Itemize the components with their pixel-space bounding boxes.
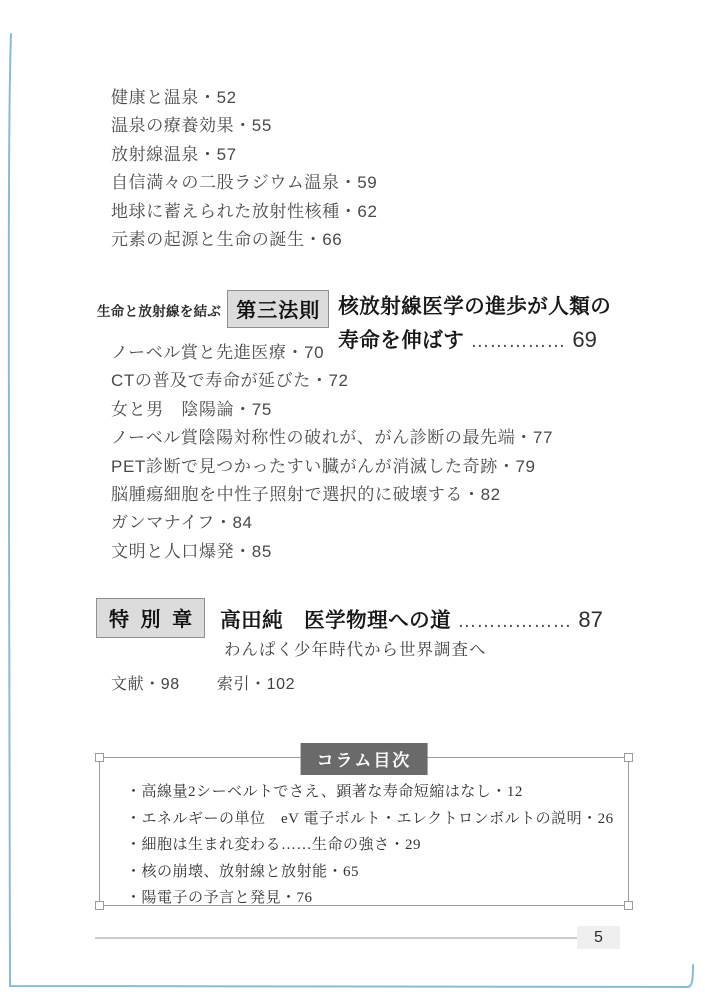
toc-item: ノーベル賞と先進医療・70: [111, 339, 553, 367]
frame-corner-icon: [624, 901, 633, 910]
toc-item: 健康と温泉・52: [111, 84, 378, 112]
column-item: ・エネルギーの単位 eV 電子ボルト・エレクトロンボルトの説明・26: [126, 806, 618, 833]
toc-item: 元素の起源と生命の誕生・66: [111, 226, 378, 254]
chapter3-title-line1: 核放射線医学の進歩が人類の: [338, 290, 611, 323]
toc-item: 女と男 陰陽論・75: [111, 396, 553, 424]
special-chapter-title: 高田純 医学物理への道 ………………87: [220, 603, 603, 633]
bibliography-entry: 文献・98: [111, 676, 180, 693]
column-index-list: ・高線量2シーベルトでさえ、顕著な寿命短縮はなし・12 ・エネルギーの単位 eV…: [100, 758, 628, 912]
index-entry: 索引・102: [217, 676, 295, 693]
chapter3-lead-text: 生命と放射線を結ぶ: [97, 290, 221, 320]
book-toc-page: 健康と温泉・52 温泉の療養効果・55 放射線温泉・57 自信満々の二股ラジウム…: [0, 0, 705, 1000]
toc-item: 文明と人口爆発・85: [111, 538, 553, 566]
dot-leader: ………………: [457, 611, 571, 632]
toc-item: 地球に蓄えられた放射性核種・62: [111, 198, 378, 226]
toc-item: 脳腫瘍細胞を中性子照射で選択的に破壊する・82: [111, 481, 553, 509]
toc-item: ガンマナイフ・84: [111, 509, 553, 537]
column-item: ・細胞は生まれ変わる……生命の強さ・29: [126, 832, 618, 859]
frame-corner-icon: [95, 901, 104, 910]
column-item: ・核の崩壊、放射線と放射能・65: [126, 859, 618, 886]
column-item: ・高線量2シーベルトでさえ、顕著な寿命短縮はなし・12: [126, 779, 618, 806]
toc-sublist-top: 健康と温泉・52 温泉の療養効果・55 放射線温泉・57 自信満々の二股ラジウム…: [111, 84, 378, 254]
column-item: ・陽電子の予言と発見・76: [126, 885, 618, 912]
column-index-box: コラム目次 ・高線量2シーベルトでさえ、顕著な寿命短縮はなし・12 ・エネルギー…: [99, 757, 629, 906]
toc-item: 温泉の療養効果・55: [111, 112, 378, 140]
chapter3-page-number: 69: [572, 327, 596, 352]
page-number: 5: [577, 926, 620, 949]
special-chapter-heading: 特 別 章 高田純 医学物理への道 ………………87: [96, 598, 603, 638]
backmatter-row: 文献・98 索引・102: [111, 671, 327, 694]
toc-item: PET診断で見つかったすい臓がんが消滅した奇跡・79: [111, 453, 553, 481]
frame-corner-icon: [624, 753, 633, 762]
toc-item: 放射線温泉・57: [111, 141, 378, 169]
special-chapter-badge: 特 別 章: [96, 598, 205, 638]
chapter3-badge: 第三法則: [227, 290, 329, 328]
toc-item: 自信満々の二股ラジウム温泉・59: [111, 169, 378, 197]
column-index-header: コラム目次: [301, 743, 428, 775]
toc-item: ノーベル賞陰陽対称性の破れが、がん診断の最先端・77: [111, 424, 553, 452]
toc-sublist-chapter3: ノーベル賞と先進医療・70 CTの普及で寿命が延びた・72 女と男 陰陽論・75…: [111, 339, 553, 566]
footer-rule: [95, 937, 577, 939]
toc-item: CTの普及で寿命が延びた・72: [111, 367, 553, 395]
frame-corner-icon: [95, 753, 104, 762]
special-chapter-subtitle: わんぱく少年時代から世界調査へ: [224, 636, 487, 660]
special-chapter-page-number: 87: [578, 607, 602, 632]
